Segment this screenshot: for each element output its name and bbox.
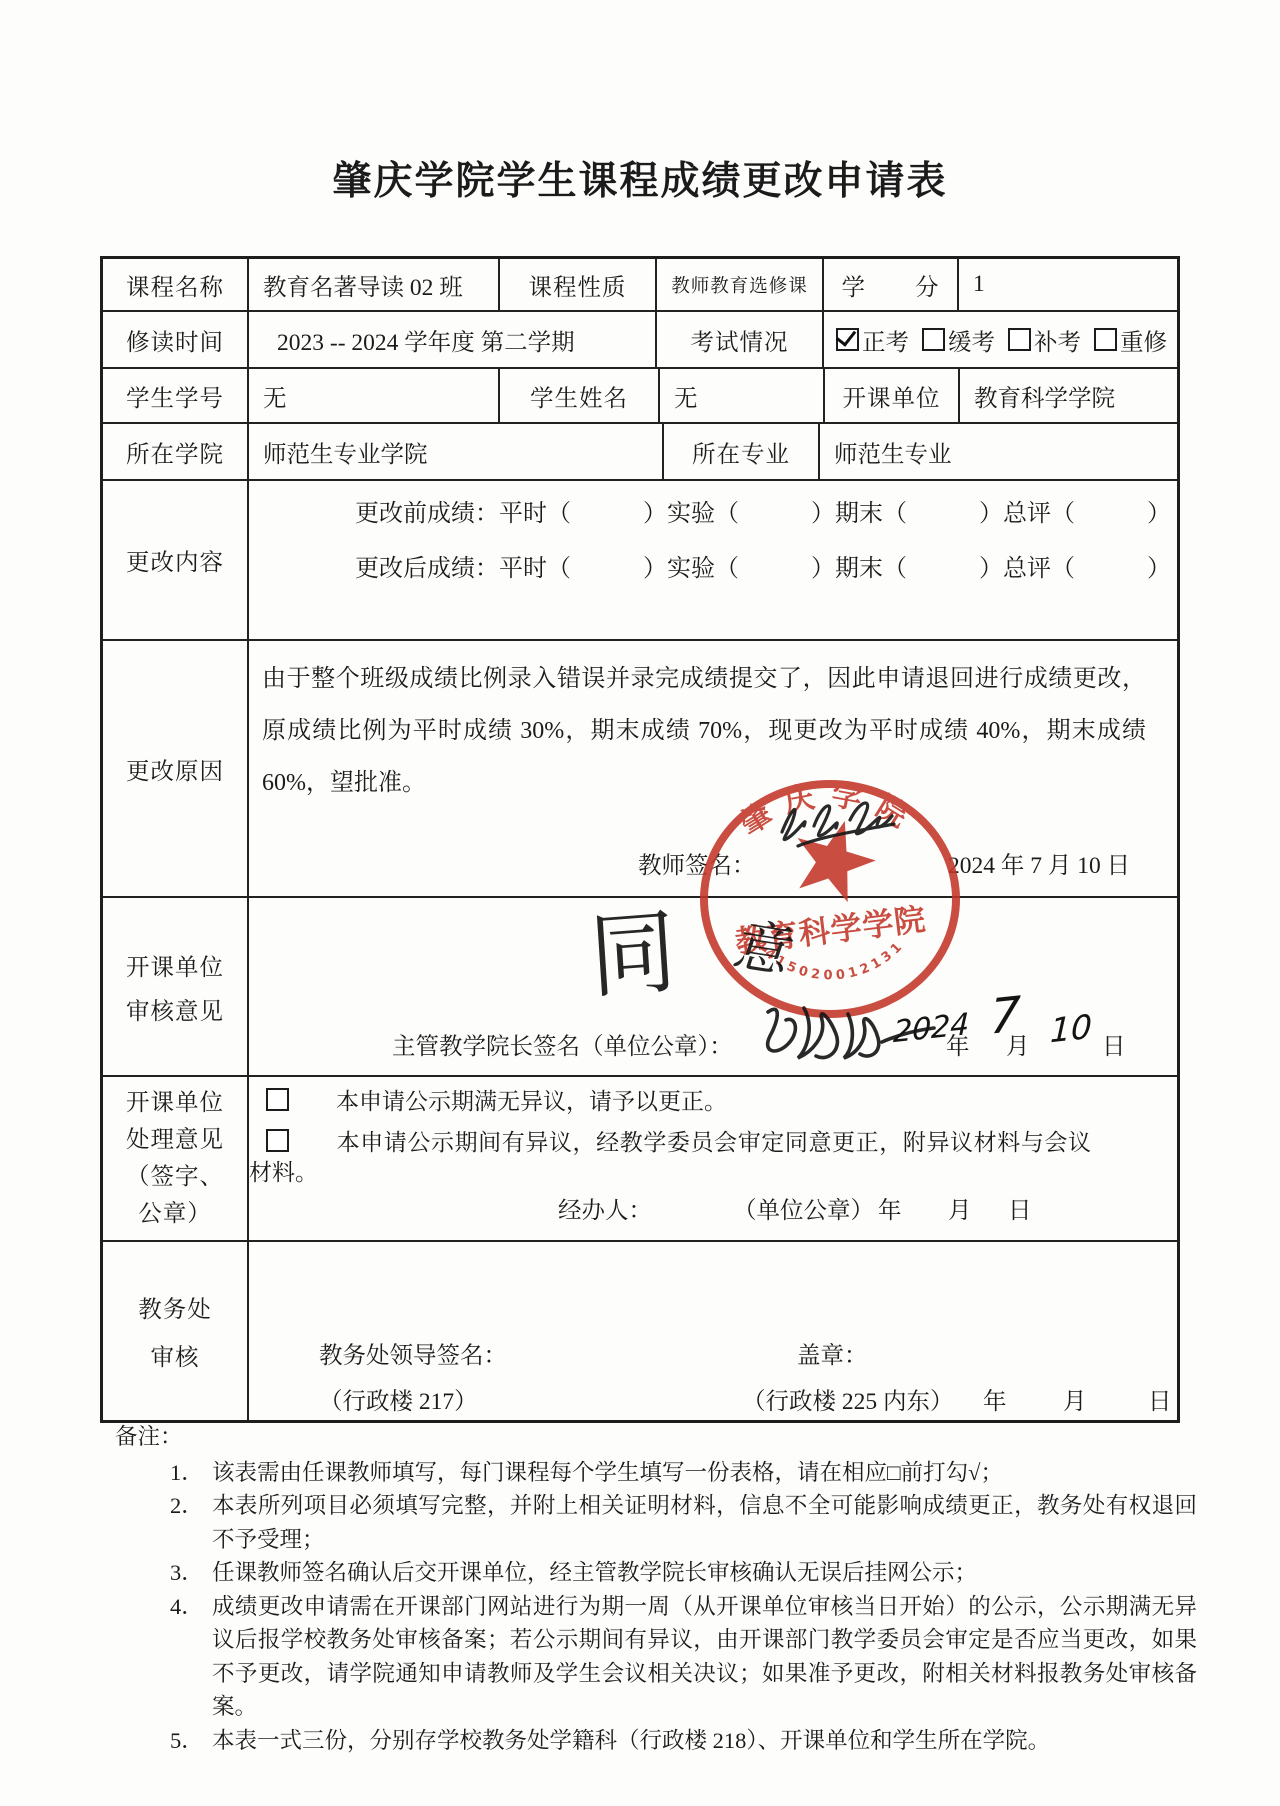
row-change-content: 更改内容 更改前成绩：平时（ ）实验（ ）期末（ ）总评（ ） 更改后成绩：平时… [103, 481, 1177, 641]
exam-option: 重修 [1094, 323, 1167, 357]
grade-change-application-form: 肇庆学院学生课程成绩更改申请表 课程名称 教育名著导读 02 班 课程性质 教师… [0, 0, 1280, 1806]
student-id-label: 学生学号 [103, 369, 249, 422]
course-name-label: 课程名称 [103, 259, 249, 310]
credit-label: 学 分 [824, 259, 959, 310]
month-char: 月 [1063, 1382, 1087, 1416]
teacher-sign-label: 教师签名： [638, 846, 756, 880]
unit-review-body: 主管教学院长签名（单位公章）： 年 月 日 [249, 898, 1177, 1075]
row-unit-decision: 开课单位 处理意见 （签字、 公章） 本申请公示期满无异议，请予以更正。 本申请… [103, 1077, 1177, 1242]
unit-decision-label: 开课单位 处理意见 （签字、 公章） [103, 1077, 249, 1240]
change-content-body: 更改前成绩：平时（ ）实验（ ）期末（ ）总评（ ） 更改后成绩：平时（ ）实验… [249, 481, 1177, 639]
major-label: 所在专业 [664, 424, 820, 479]
handwritten-year: 2024 [893, 1010, 970, 1048]
handler-label: 经办人： [558, 1191, 652, 1225]
offering-unit-label: 开课单位 [825, 369, 960, 422]
college-label: 所在学院 [103, 424, 249, 479]
change-reason-label: 更改原因 [103, 641, 249, 896]
office-seal-room: （行政楼 225 内东） [742, 1382, 954, 1416]
notes-heading: 备注： [115, 1420, 1197, 1454]
scores-after-line: 更改后成绩：平时（ ）实验（ ）期末（ ）总评（ ） [249, 542, 1177, 597]
office-review-label: 教务处 审核 [103, 1242, 249, 1420]
row-course: 课程名称 教育名著导读 02 班 课程性质 教师教育选修课 学 分 1 [103, 259, 1177, 312]
handwritten-month: 7 [989, 990, 1021, 1042]
offering-unit-value: 教育科学学院 [960, 369, 1177, 422]
row-office-review: 教务处 审核 教务处领导签名： 盖章： （行政楼 217） （行政楼 225 内… [103, 1242, 1177, 1420]
year-char: 年 [983, 1382, 1007, 1416]
office-seal-label: 盖章： [797, 1336, 868, 1370]
exam-option: 补考 [1008, 323, 1081, 357]
year-char: 年 [878, 1191, 902, 1225]
page-title: 肇庆学院学生课程成绩更改申请表 [0, 150, 1280, 206]
exam-option: 缓考 [922, 323, 995, 357]
exam-option: 正考 [836, 323, 909, 357]
change-reason-text: 由于整个班级成绩比例录入错误并录完成绩提交了，因此申请退回进行成绩更改，原成绩比… [249, 641, 1146, 809]
note-item: 1． 该表需由任课教师填写，每门课程每个学生填写一份表格，请在相应□前打勾√； [170, 1456, 1197, 1490]
note-item: 4． 成绩更改申请需在开课部门网站进行为期一周（从开课单位审核当日开始）的公示，… [170, 1590, 1197, 1724]
study-time-label: 修读时间 [103, 312, 249, 367]
checkbox-icon [266, 1129, 289, 1152]
office-leader-sign-label: 教务处领导签名： [319, 1336, 507, 1370]
handwritten-day: 10 [1050, 1010, 1093, 1048]
checkbox-icon [1094, 328, 1117, 351]
course-nature-value: 教师教育选修课 [657, 259, 824, 310]
exam-option-label: 正考 [862, 323, 909, 357]
checkbox-checked-icon [836, 328, 859, 351]
approval-handwriting-tong: 同 [587, 905, 679, 1004]
note-item: 3． 任课教师签名确认后交开课单位，经主管教学院长审核确认无误后挂网公示； [170, 1556, 1197, 1590]
month-char: 月 [948, 1191, 972, 1225]
decision-option-2: 本申请公示期间有异议，经教学委员会审定同意更正，附异议材料与会议材料。 [249, 1128, 1091, 1188]
row-time: 修读时间 2023 -- 2024 学年度 第二学期 考试情况 正考 缓考 补考… [103, 312, 1177, 369]
change-reason-body: 由于整个班级成绩比例录入错误并录完成绩提交了，因此申请退回进行成绩更改，原成绩比… [249, 641, 1177, 896]
office-sign-room: （行政楼 217） [319, 1382, 478, 1416]
unit-seal-label: （单位公章） [733, 1191, 874, 1225]
form-table: 课程名称 教育名著导读 02 班 课程性质 教师教育选修课 学 分 1 修读时间… [100, 256, 1180, 1423]
row-college: 所在学院 师范生专业学院 所在专业 师范生专业 [103, 424, 1177, 481]
day-char: 日 [1008, 1191, 1032, 1225]
checkbox-icon [1008, 328, 1031, 351]
dean-sign-label: 主管教学院长签名（单位公章）： [392, 1027, 733, 1061]
teacher-sign-date: 2024 年 7 月 10 日 [948, 846, 1130, 880]
exam-option-label: 缓考 [948, 323, 995, 357]
study-time-value: 2023 -- 2024 学年度 第二学期 [249, 312, 657, 367]
scores-before-line: 更改前成绩：平时（ ）实验（ ）期末（ ）总评（ ） [249, 487, 1177, 542]
exam-option-label: 重修 [1120, 323, 1167, 357]
day-char: 日 [1102, 1027, 1126, 1061]
course-nature-label: 课程性质 [500, 259, 657, 310]
change-content-label: 更改内容 [103, 481, 249, 639]
checkbox-icon [922, 328, 945, 351]
office-review-body: 教务处领导签名： 盖章： （行政楼 217） （行政楼 225 内东） 年 月 … [249, 1242, 1177, 1420]
row-change-reason: 更改原因 由于整个班级成绩比例录入错误并录完成绩提交了，因此申请退回进行成绩更改… [103, 641, 1177, 898]
credit-value: 1 [959, 259, 1177, 310]
notes-section: 备注： 1． 该表需由任课教师填写，每门课程每个学生填写一份表格，请在相应□前打… [115, 1420, 1197, 1757]
student-name-value: 无 [660, 369, 825, 422]
unit-review-label: 开课单位 审核意见 [103, 898, 249, 1075]
college-value: 师范生专业学院 [249, 424, 664, 479]
row-student: 学生学号 无 学生姓名 无 开课单位 教育科学学院 [103, 369, 1177, 424]
major-value: 师范生专业 [820, 424, 1177, 479]
day-char: 日 [1148, 1382, 1172, 1416]
note-item: 2． 本表所列项目必须填写完整，并附上相关证明材料，信息不全可能影响成绩更正，教… [170, 1489, 1197, 1556]
student-name-label: 学生姓名 [500, 369, 660, 422]
note-item: 5． 本表一式三份，分别存学校教务处学籍科（行政楼 218）、开课单位和学生所在… [170, 1724, 1197, 1758]
decision-option-1: 本申请公示期满无异议，请予以更正。 [249, 1087, 1091, 1117]
exam-options: 正考 缓考 补考 重修 [824, 312, 1177, 367]
exam-status-label: 考试情况 [657, 312, 824, 367]
checkbox-icon [266, 1088, 289, 1111]
course-name-value: 教育名著导读 02 班 [249, 259, 500, 310]
unit-decision-body: 本申请公示期满无异议，请予以更正。 本申请公示期间有异议，经教学委员会审定同意更… [249, 1077, 1181, 1240]
exam-option-label: 补考 [1034, 323, 1081, 357]
student-id-value: 无 [249, 369, 500, 422]
